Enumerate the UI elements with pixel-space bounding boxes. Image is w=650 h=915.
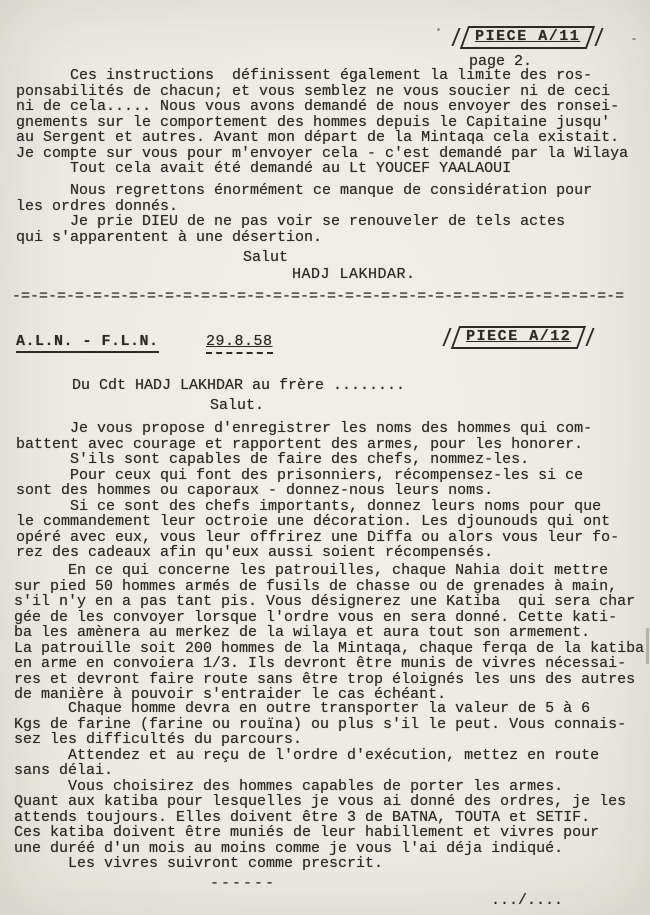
letter2-addressee: Du Cdt HADJ LAKHDAR au frère ........: [72, 378, 405, 394]
stamp-slash-right-icon: [594, 28, 603, 46]
stamp-box: PIECE A/12: [451, 326, 586, 349]
scan-speck: [632, 38, 636, 40]
letter1-paragraph-2: Nous regrettons énormément ce manque de …: [16, 183, 592, 245]
letter2-salutation: Salut.: [210, 398, 264, 414]
letter1-signature: HADJ LAKHDAR.: [292, 267, 416, 283]
scan-streak: [646, 628, 649, 664]
letter1-paragraph-1: Ces instructions définissent également l…: [16, 68, 628, 177]
stamp-label: PIECE A/12: [466, 329, 571, 345]
stamp-slash-left-icon: [442, 328, 451, 346]
document-date: 29.8.58: [206, 334, 273, 354]
organization-title: A.L.N. - F.L.N.: [16, 334, 159, 353]
scan-speck: [437, 28, 440, 31]
scanned-document-page: PIECE A/11 page 2. Ces instructions défi…: [0, 0, 650, 915]
end-of-letter-dashes: ------: [210, 876, 276, 892]
stamp-box: PIECE A/11: [460, 26, 595, 49]
stamp-piece-a11: PIECE A/11: [455, 26, 600, 49]
stamp-label: PIECE A/11: [475, 29, 580, 45]
letter2-paragraph-1: Je vous propose d'enregistrer les noms d…: [16, 421, 619, 561]
stamp-slash-right-icon: [585, 328, 594, 346]
continuation-mark: .../....: [491, 893, 563, 909]
letter2-paragraph-2: En ce qui concerne les patrouilles, chaq…: [14, 563, 644, 703]
letter2-paragraph-3: Chaque homme devra en outre transporter …: [14, 701, 626, 872]
stamp-slash-left-icon: [451, 28, 460, 46]
stamp-piece-a12: PIECE A/12: [446, 326, 591, 349]
letter1-closing: Salut: [243, 250, 288, 266]
section-divider: -=-=-=-=-=-=-=-=-=-=-=-=-=-=-=-=-=-=-=-=…: [12, 289, 624, 305]
